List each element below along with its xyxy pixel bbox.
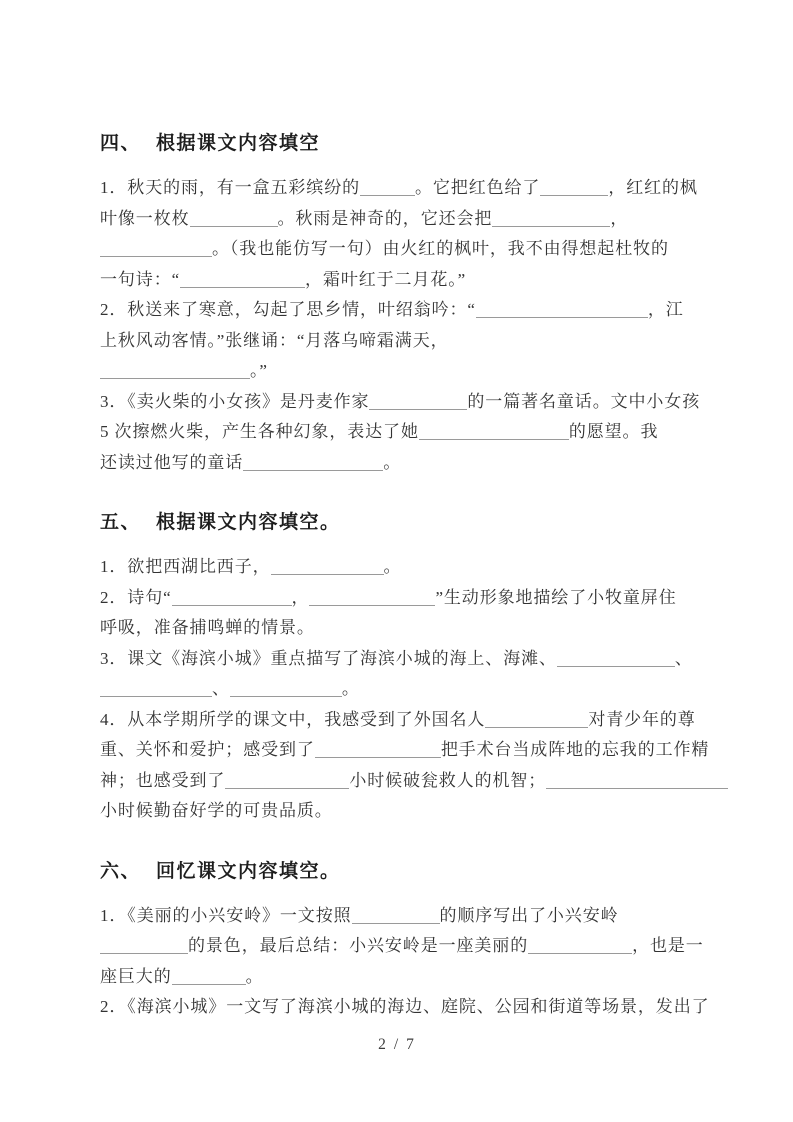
worksheet-line: 呼吸，准备捕鸣蝉的情景。 — [100, 613, 718, 644]
text-segment: 1．《美丽的小兴安岭》一文按照 — [100, 906, 352, 925]
worksheet-line: 还读过他写的童话。 — [100, 448, 718, 479]
worksheet-line: 。（我也能仿写一句）由火红的枫叶，我不由得想起杜牧的 — [100, 234, 718, 265]
text-segment: 呼吸，准备捕鸣蝉的情景。 — [100, 618, 315, 637]
section-number: 六、 — [100, 861, 141, 882]
worksheet-line: 一句诗：“，霜叶红于二月花。” — [100, 265, 718, 296]
worksheet-line: 3．课文《海滨小城》重点描写了海滨小城的海上、海滩、、 — [100, 644, 718, 675]
worksheet-line: 1．秋天的雨，有一盒五彩缤纷的。它把红色给了，红红的枫 — [100, 173, 718, 204]
text-segment: 。它把红色给了 — [415, 178, 540, 197]
text-segment: 神；也感受到了 — [100, 771, 225, 790]
text-segment: 小时候破瓮救人的机智； — [349, 771, 546, 790]
fill-in-blank — [100, 242, 212, 257]
worksheet-line: 。” — [100, 356, 718, 387]
text-segment: 、 — [675, 649, 693, 668]
fill-in-blank — [243, 456, 383, 471]
fill-in-blank — [100, 364, 250, 379]
worksheet-line: 1．《美丽的小兴安岭》一文按照的顺序写出了小兴安岭 — [100, 901, 718, 932]
page-footer: 2/7 — [0, 1036, 793, 1054]
fill-in-blank — [492, 212, 610, 227]
fill-in-blank — [485, 713, 588, 728]
section-heading: 六、回忆课文内容填空。 — [100, 858, 718, 885]
fill-in-blank — [540, 181, 608, 196]
text-segment: 。 — [246, 967, 264, 986]
worksheet-line: 小时候勤奋好学的可贵品质。 — [100, 796, 718, 827]
worksheet-line: 4．从本学期所学的课文中，我感受到了外国名人对青少年的尊 — [100, 705, 718, 736]
worksheet-line: 重、关怀和爱护；感受到了把手术台当成阵地的忘我的工作精 — [100, 735, 718, 766]
fill-in-blank — [180, 273, 305, 288]
worksheet-line: 2．《海滨小城》一文写了海滨小城的海边、庭院、公园和街道等场景，发出了 — [100, 992, 718, 1023]
text-segment: ，霜叶红于二月花。” — [305, 270, 466, 289]
total-page-count: 7 — [406, 1036, 415, 1053]
text-segment: 5 次擦燃火柴，产生各种幻象，表达了她 — [100, 422, 419, 441]
text-segment: 一句诗：“ — [100, 270, 180, 289]
fill-in-blank — [419, 425, 569, 440]
text-segment: 2．《海滨小城》一文写了海滨小城的海边、庭院、公园和街道等场景，发出了 — [100, 997, 710, 1016]
text-segment: 。秋雨是神奇的，它还会把 — [278, 209, 493, 228]
section-title: 回忆课文内容填空。 — [156, 861, 341, 882]
worksheet-line: 2．秋送来了寒意，勾起了思乡情，叶绍翁吟：“，江 — [100, 295, 718, 326]
fill-in-blank — [100, 682, 212, 697]
worksheet-content: 四、根据课文内容填空1．秋天的雨，有一盒五彩缤纷的。它把红色给了，红红的枫叶像一… — [100, 130, 718, 1023]
worksheet-line: 叶像一枚枚。秋雨是神奇的，它还会把， — [100, 204, 718, 235]
text-segment: 3．课文《海滨小城》重点描写了海滨小城的海上、海滩、 — [100, 649, 557, 668]
section-number: 五、 — [100, 512, 141, 533]
text-segment: ，红红的枫 — [608, 178, 698, 197]
text-segment: 的景色，最后总结：小兴安岭是一座美丽的 — [188, 936, 528, 955]
text-segment: 把手术台当成阵地的忘我的工作精 — [441, 740, 710, 759]
worksheet-line: 5 次擦燃火柴，产生各种幻象，表达了她的愿望。我 — [100, 417, 718, 448]
worksheet-line: 神；也感受到了小时候破瓮救人的机智； — [100, 766, 718, 797]
text-segment: ，也是一 — [632, 936, 704, 955]
text-segment: ， — [610, 209, 628, 228]
text-segment: 的一篇著名童话。文中小女孩 — [467, 392, 700, 411]
fill-in-blank — [172, 591, 292, 606]
text-segment: 的愿望。我 — [569, 422, 659, 441]
worksheet-line: 的景色，最后总结：小兴安岭是一座美丽的，也是一 — [100, 931, 718, 962]
text-segment: 小时候勤奋好学的可贵品质。 — [100, 801, 333, 820]
fill-in-blank — [230, 682, 342, 697]
text-segment: 。” — [250, 361, 268, 380]
text-segment: 2．诗句“ — [100, 588, 172, 607]
section-number: 四、 — [100, 133, 141, 154]
section-title: 根据课文内容填空。 — [156, 512, 341, 533]
fill-in-blank — [352, 909, 440, 924]
text-segment: 座巨大的 — [100, 967, 172, 986]
worksheet-line: 座巨大的。 — [100, 962, 718, 993]
fill-in-blank — [225, 774, 349, 789]
text-segment: 3．《卖火柴的小女孩》是丹麦作家 — [100, 392, 369, 411]
text-segment: 。（我也能仿写一句）由火红的枫叶，我不由得想起杜牧的 — [212, 239, 669, 258]
text-segment: 。 — [384, 557, 402, 576]
section-title: 根据课文内容填空 — [156, 133, 320, 154]
text-segment: 。 — [383, 453, 401, 472]
text-segment: ， — [292, 588, 310, 607]
fill-in-blank — [369, 395, 467, 410]
fill-in-blank — [309, 591, 435, 606]
fill-in-blank — [172, 970, 246, 985]
text-segment: 1．欲把西湖比西子， — [100, 557, 271, 576]
worksheet-line: 3．《卖火柴的小女孩》是丹麦作家的一篇著名童话。文中小女孩 — [100, 387, 718, 418]
text-segment: 1．秋天的雨，有一盒五彩缤纷的 — [100, 178, 360, 197]
text-segment: ，江 — [648, 300, 684, 319]
fill-in-blank — [271, 560, 384, 575]
text-segment: 叶像一枚枚 — [100, 209, 190, 228]
worksheet-line: 、。 — [100, 674, 718, 705]
section-heading: 五、根据课文内容填空。 — [100, 509, 718, 536]
page-separator: / — [394, 1036, 399, 1053]
fill-in-blank — [476, 303, 648, 318]
fill-in-blank — [557, 652, 675, 667]
fill-in-blank — [315, 743, 441, 758]
worksheet-line: 上秋风动客情。”张继诵：“月落乌啼霜满天， — [100, 326, 718, 357]
text-segment: 上秋风动客情。”张继诵：“月落乌啼霜满天， — [100, 331, 449, 350]
text-segment: 。 — [342, 679, 360, 698]
fill-in-blank — [528, 939, 632, 954]
text-segment: ”生动形象地描绘了小牧童屏住 — [435, 588, 676, 607]
worksheet-page: 四、根据课文内容填空1．秋天的雨，有一盒五彩缤纷的。它把红色给了，红红的枫叶像一… — [0, 0, 793, 1122]
text-segment: 、 — [212, 679, 230, 698]
section-heading: 四、根据课文内容填空 — [100, 130, 718, 157]
text-segment: 2．秋送来了寒意，勾起了思乡情，叶绍翁吟：“ — [100, 300, 476, 319]
worksheet-line: 2．诗句“，”生动形象地描绘了小牧童屏住 — [100, 583, 718, 614]
text-segment: 还读过他写的童话 — [100, 453, 243, 472]
fill-in-blank — [190, 212, 278, 227]
fill-in-blank — [546, 774, 728, 789]
fill-in-blank — [100, 939, 188, 954]
current-page-number: 2 — [378, 1036, 387, 1053]
text-segment: 4．从本学期所学的课文中，我感受到了外国名人 — [100, 710, 485, 729]
text-segment: 重、关怀和爱护；感受到了 — [100, 740, 315, 759]
fill-in-blank — [360, 181, 415, 196]
worksheet-line: 1．欲把西湖比西子，。 — [100, 552, 718, 583]
text-segment: 的顺序写出了小兴安岭 — [440, 906, 619, 925]
text-segment: 对青少年的尊 — [588, 710, 695, 729]
